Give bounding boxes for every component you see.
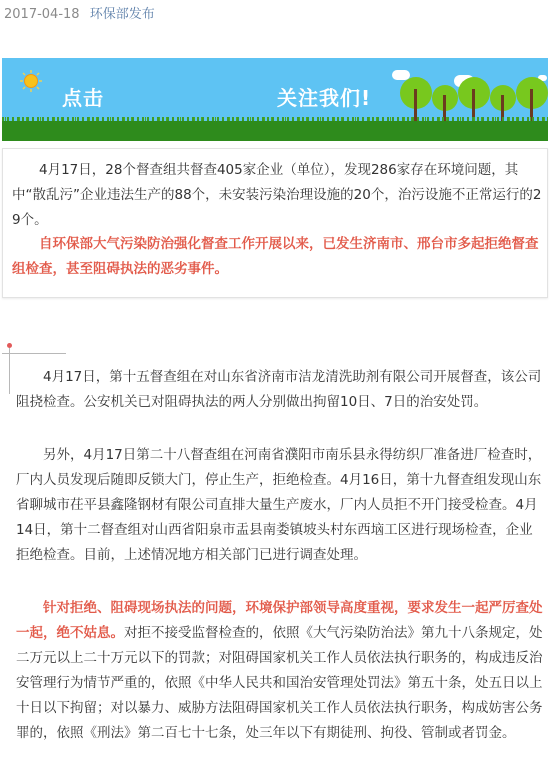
grass-decoration xyxy=(2,121,548,141)
summary-paragraph: 4月17日，28个督查组共督查405家企业（单位），发现286家存在环境问题，其… xyxy=(12,158,542,233)
publish-source[interactable]: 环保部发布 xyxy=(90,7,155,22)
banner-click-text: 点击 xyxy=(62,82,104,111)
section-marker-line xyxy=(2,353,66,354)
summary-box: 4月17日，28个督查组共督查405家企业（单位），发现286家存在环境问题，其… xyxy=(2,148,548,298)
body-paragraph-penalties: 针对拒绝、阻碍现场执法的问题，环境保护部领导高度重视，要求发生一起严厉查处一起，… xyxy=(16,596,546,746)
article-meta: 2017-04-18 环保部发布 xyxy=(4,6,155,24)
sun-icon xyxy=(20,70,42,92)
section-marker-line xyxy=(9,348,10,394)
banner-follow-text: 关注我们! xyxy=(277,82,371,111)
summary-highlight-paragraph: 自环保部大气污染防治强化督查工作开展以来，已发生济南市、邢台市多起拒绝督查组检查… xyxy=(12,232,542,282)
body-paragraph: 另外，4月17日第二十八督查组在河南省濮阳市南乐县永得纺织厂准备进厂检查时，厂内… xyxy=(16,443,546,568)
penalty-details: 对拒不接受监督检查的，依照《大气污染防治法》第九十八条规定，处二万元以上二十万元… xyxy=(16,625,543,741)
publish-date: 2017-04-18 xyxy=(4,7,80,22)
follow-us-banner[interactable]: 点击 关注我们! xyxy=(2,58,548,141)
body-paragraph: 4月17日，第十五督查组在对山东省济南市洁龙清洗助剂有限公司开展督查，该公司阻挠… xyxy=(16,365,546,415)
